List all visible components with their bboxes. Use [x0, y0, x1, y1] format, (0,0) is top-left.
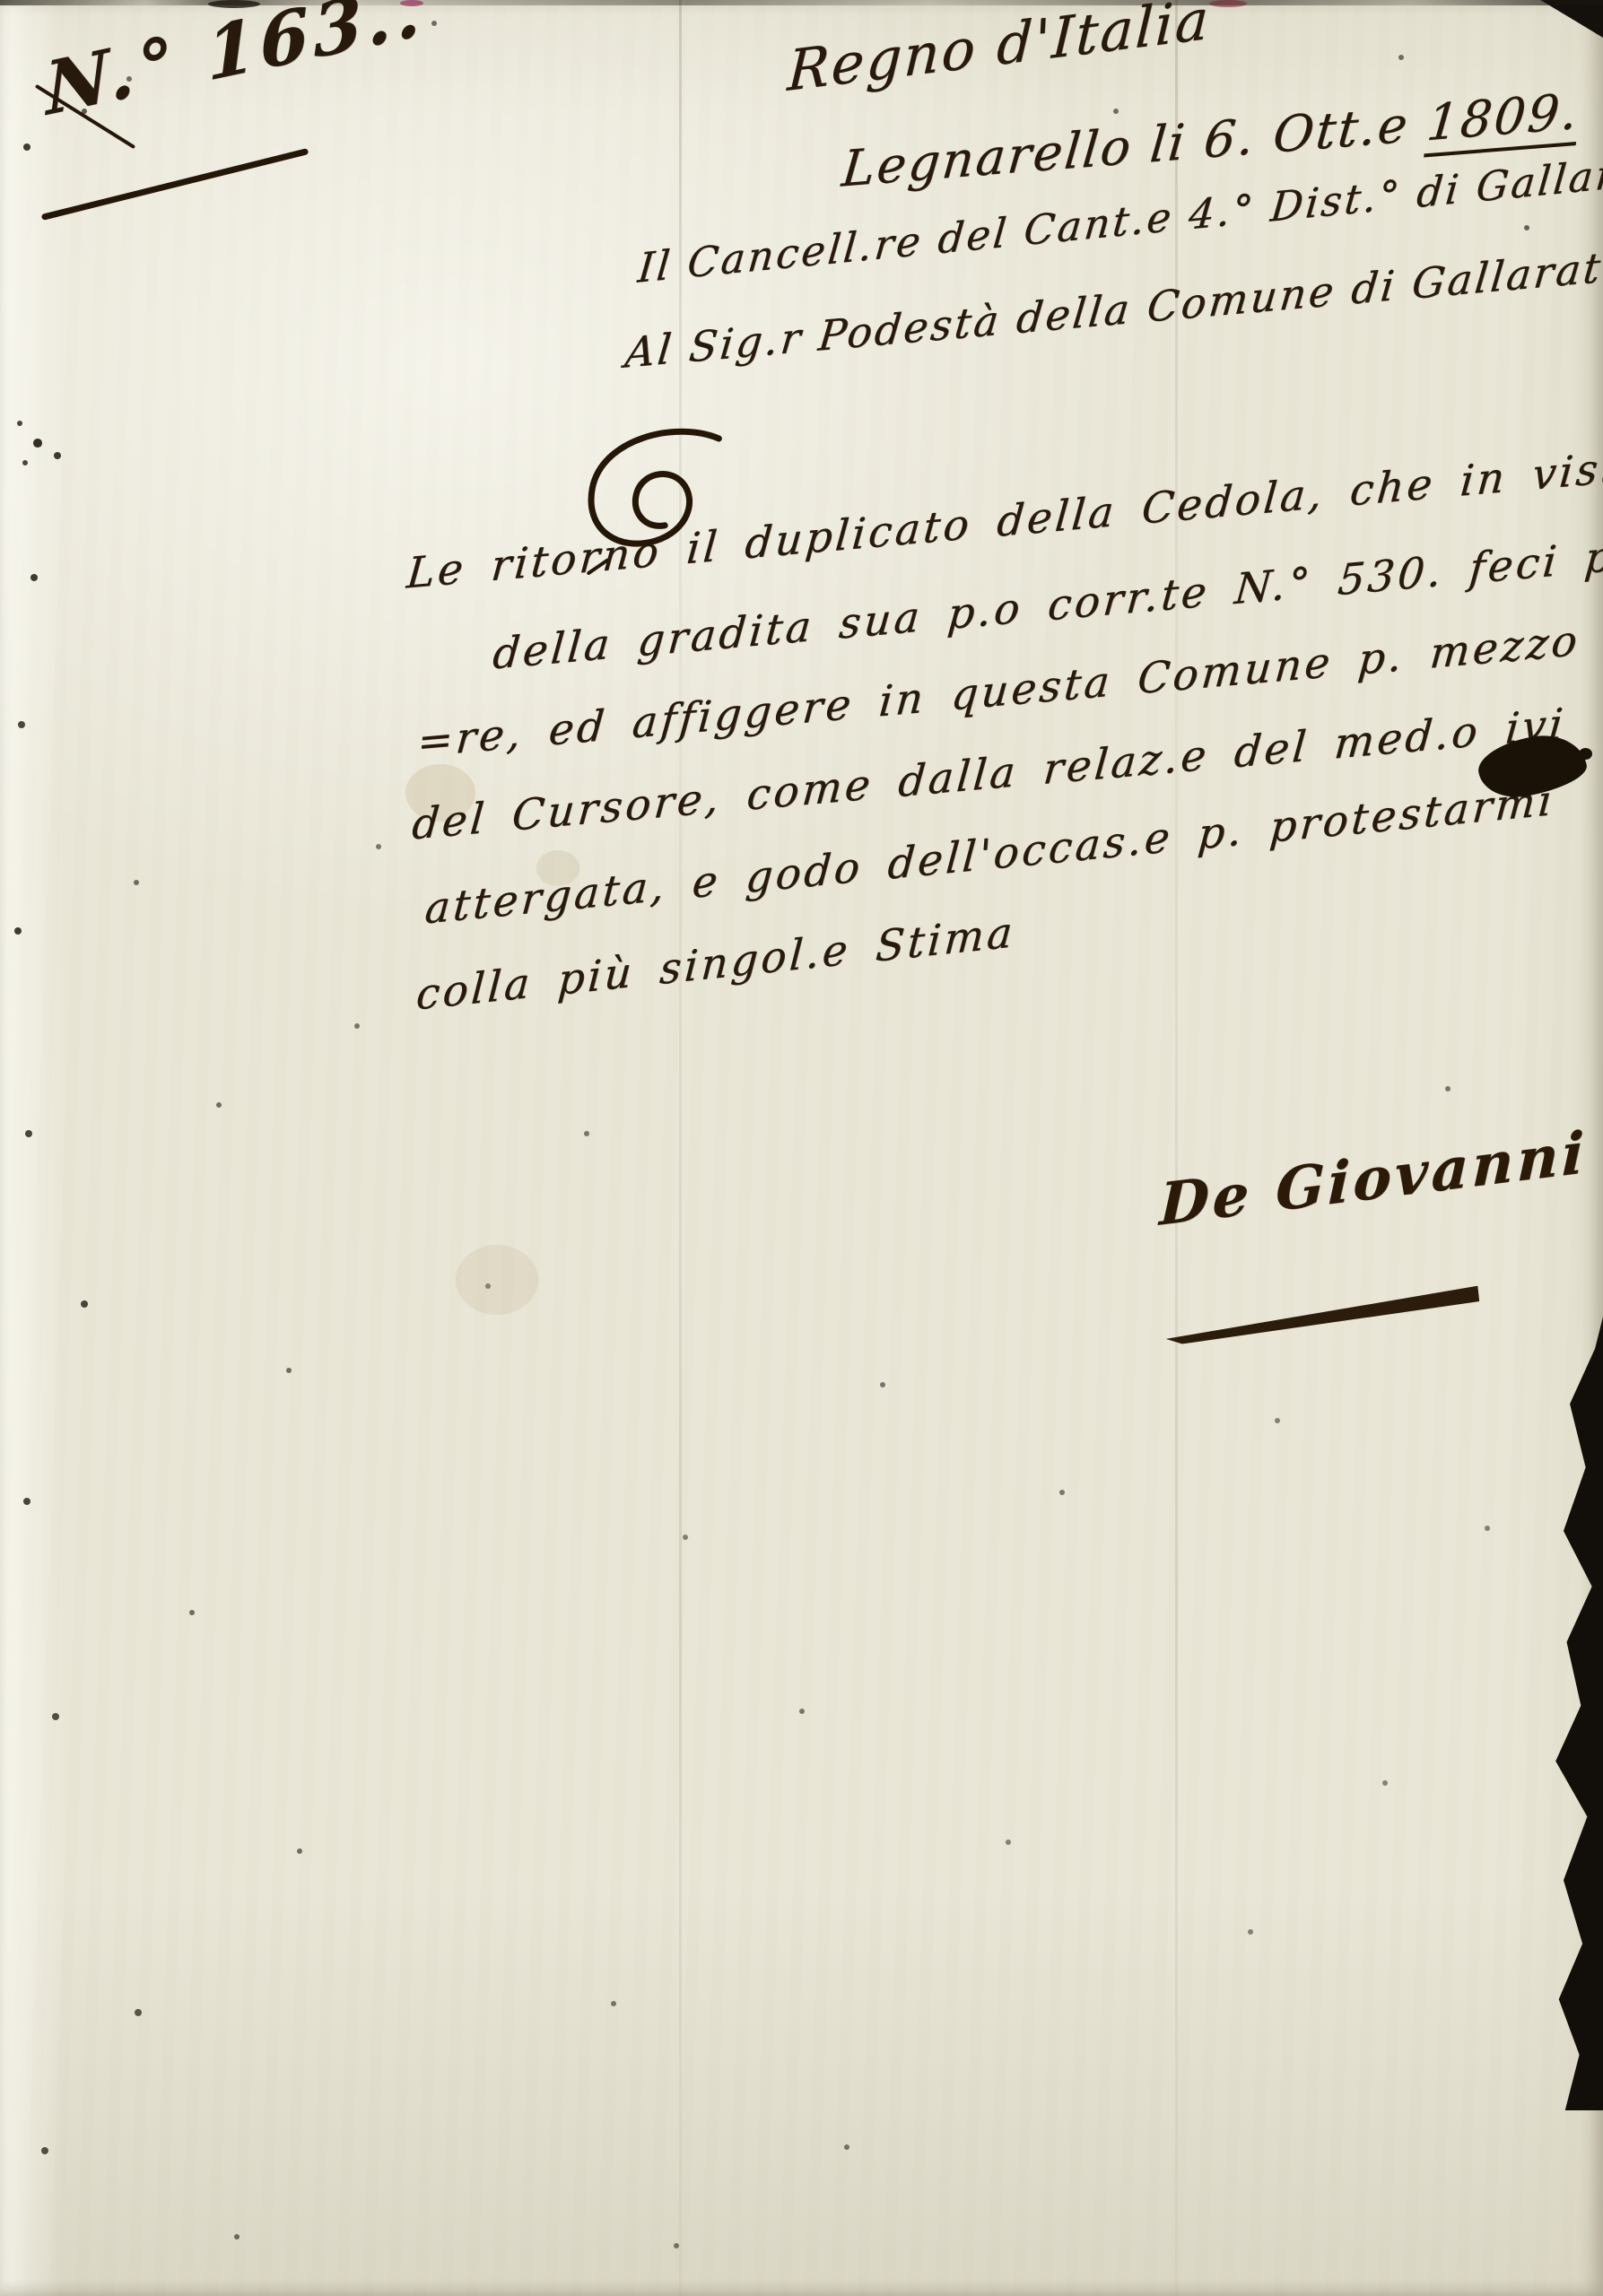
paper-stain — [456, 1245, 538, 1315]
top-edge-smudge — [208, 0, 260, 8]
top-edge-smudge — [1209, 0, 1247, 7]
manuscript-scan: N.° 163.. Regno d'Italia Legnarello li 6… — [0, 0, 1603, 2296]
top-edge-smudge — [400, 0, 423, 6]
vertical-crease-line — [1175, 0, 1178, 2296]
dateline-year: 1809. — [1424, 82, 1581, 157]
ink-blot-droplet — [1579, 748, 1592, 760]
